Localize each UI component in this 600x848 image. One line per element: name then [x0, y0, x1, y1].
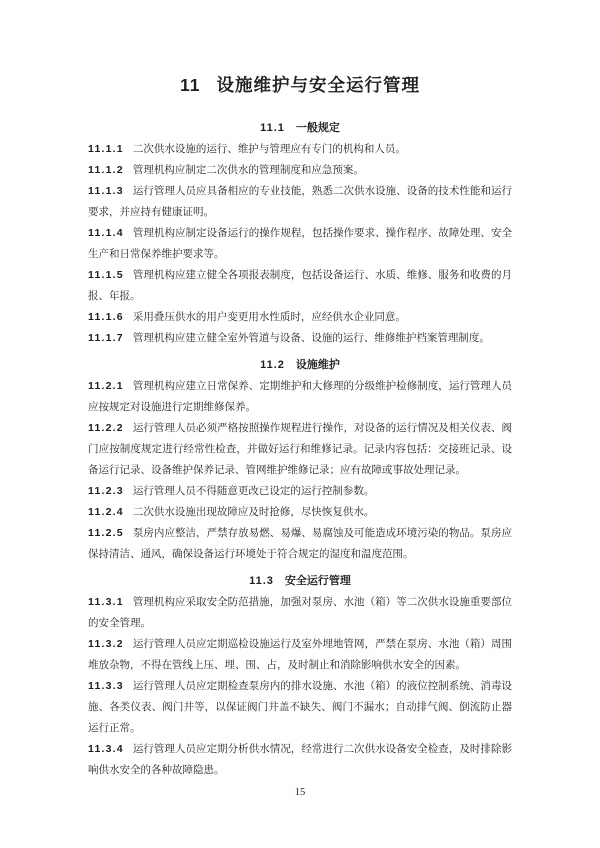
section-11.1: 11.1一般规定11.1.1二次供水设施的运行、维护与管理应有专门的机构和人员。…	[88, 118, 512, 349]
clause-number: 11.3.3	[88, 680, 124, 692]
clause-text: 二次供水设施的运行、维护与管理应有专门的机构和人员。	[133, 144, 406, 155]
section-number: 11.2	[260, 359, 285, 371]
clause-text: 管理机构应制定设备运行的操作规程，包括操作要求、操作程序、故障处理、安全生产和日…	[88, 228, 512, 260]
clause: 11.1.5管理机构应建立健全各项报表制度，包括设备运行、水质、维修、服务和收费…	[88, 265, 512, 307]
clause: 11.1.4管理机构应制定设备运行的操作规程，包括操作要求、操作程序、故障处理、…	[88, 223, 512, 265]
clause: 11.1.1二次供水设施的运行、维护与管理应有专门的机构和人员。	[88, 139, 512, 160]
clause: 11.1.7管理机构应建立健全室外管道与设备、设施的运行、维修维护档案管理制度。	[88, 328, 512, 349]
clause-number: 11.2.2	[88, 422, 124, 434]
clause-text: 管理机构应制定二次供水的管理制度和应急预案。	[133, 165, 364, 176]
clause: 11.3.4运行管理人员应定期分析供水情况，经常进行二次供水设备安全检查，及时排…	[88, 739, 512, 781]
section-title-text: 安全运行管理	[285, 575, 351, 587]
clause-text: 运行管理人员应定期检查泵房内的排水设施、水池（箱）的液位控制系统、消毒设施、各类…	[88, 681, 512, 734]
chapter-title-text: 设施维护与安全运行管理	[217, 75, 421, 95]
section-title-text: 设施维护	[296, 359, 340, 371]
section-title-text: 一般规定	[296, 122, 340, 134]
clause-number: 11.1.5	[88, 269, 124, 281]
section-11.2: 11.2设施维护11.2.1管理机构应建立日常保养、定期维护和大修理的分级维护检…	[88, 355, 512, 565]
clause-text: 采用叠压供水的用户变更用水性质时，应经供水企业同意。	[133, 312, 406, 323]
clause-number: 11.2.3	[88, 485, 124, 497]
clause-text: 泵房内应整洁，严禁存放易燃、易爆、易腐蚀及可能造成环境污染的物品。泵房应保持清洁…	[88, 528, 512, 560]
section-heading: 11.1一般规定	[88, 118, 512, 139]
clause: 11.2.1管理机构应建立日常保养、定期维护和大修理的分级维护检修制度，运行管理…	[88, 376, 512, 418]
clause-text: 管理机构应建立健全室外管道与设备、设施的运行、维修维护档案管理制度。	[133, 333, 490, 344]
document-body: 11.1一般规定11.1.1二次供水设施的运行、维护与管理应有专门的机构和人员。…	[88, 118, 512, 781]
section-number: 11.3	[249, 575, 274, 587]
clause-number: 11.3.2	[88, 638, 124, 650]
clause-number: 11.1.4	[88, 227, 124, 239]
document-page: 11设施维护与安全运行管理 11.1一般规定11.1.1二次供水设施的运行、维护…	[0, 0, 600, 781]
clause: 11.1.2管理机构应制定二次供水的管理制度和应急预案。	[88, 160, 512, 181]
page-number: 15	[0, 786, 600, 800]
clause-number: 11.2.1	[88, 380, 124, 392]
section-heading: 11.2设施维护	[88, 355, 512, 376]
section-11.3: 11.3安全运行管理11.3.1管理机构应采取安全防范措施，加强对泵房、水池（箱…	[88, 571, 512, 781]
clause-number: 11.1.7	[88, 332, 124, 344]
clause-text: 运行管理人员应定期分析供水情况，经常进行二次供水设备安全检查，及时排除影响供水安…	[88, 744, 512, 776]
clause: 11.2.2运行管理人员必须严格按照操作规程进行操作，对设备的运行情况及相关仪表…	[88, 418, 512, 481]
clause-number: 11.1.6	[88, 311, 124, 323]
clause: 11.1.6采用叠压供水的用户变更用水性质时，应经供水企业同意。	[88, 307, 512, 328]
clause: 11.2.4二次供水设施出现故障应及时抢修，尽快恢复供水。	[88, 502, 512, 523]
clause-number: 11.1.3	[88, 185, 124, 197]
section-heading: 11.3安全运行管理	[88, 571, 512, 592]
clause-number: 11.1.2	[88, 164, 124, 176]
clause-number: 11.3.4	[88, 743, 124, 755]
clause-number: 11.1.1	[88, 143, 124, 155]
chapter-number: 11	[180, 75, 201, 95]
clause-number: 11.2.5	[88, 527, 124, 539]
clause-number: 11.2.4	[88, 506, 124, 518]
clause: 11.2.3运行管理人员不得随意更改已设定的运行控制参数。	[88, 481, 512, 502]
clause-number: 11.3.1	[88, 596, 124, 608]
clause-text: 管理机构应建立健全各项报表制度，包括设备运行、水质、维修、服务和收费的月报、年报…	[88, 270, 512, 302]
clause: 11.3.1管理机构应采取安全防范措施，加强对泵房、水池（箱）等二次供水设施重要…	[88, 592, 512, 634]
clause-text: 二次供水设施出现故障应及时抢修，尽快恢复供水。	[133, 507, 375, 518]
clause-text: 管理机构应建立日常保养、定期维护和大修理的分级维护检修制度，运行管理人员应按规定…	[88, 381, 512, 413]
clause: 11.3.2运行管理人员应定期巡检设施运行及室外埋地管网，严禁在泵房、水池（箱）…	[88, 634, 512, 676]
section-number: 11.1	[260, 122, 285, 134]
chapter-title: 11设施维护与安全运行管理	[88, 74, 512, 96]
clause: 11.1.3运行管理人员应具备相应的专业技能，熟悉二次供水设施、设备的技术性能和…	[88, 181, 512, 223]
clause-text: 管理机构应采取安全防范措施，加强对泵房、水池（箱）等二次供水设施重要部位的安全管…	[88, 597, 512, 629]
clause-text: 运行管理人员不得随意更改已设定的运行控制参数。	[133, 486, 375, 497]
clause: 11.3.3运行管理人员应定期检查泵房内的排水设施、水池（箱）的液位控制系统、消…	[88, 676, 512, 739]
clause-text: 运行管理人员必须严格按照操作规程进行操作，对设备的运行情况及相关仪表、阀门应按制…	[88, 423, 512, 476]
clause-text: 运行管理人员应具备相应的专业技能，熟悉二次供水设施、设备的技术性能和运行要求，并…	[88, 186, 512, 218]
clause-text: 运行管理人员应定期巡检设施运行及室外埋地管网，严禁在泵房、水池（箱）周围堆放杂物…	[88, 639, 512, 671]
clause: 11.2.5泵房内应整洁，严禁存放易燃、易爆、易腐蚀及可能造成环境污染的物品。泵…	[88, 523, 512, 565]
